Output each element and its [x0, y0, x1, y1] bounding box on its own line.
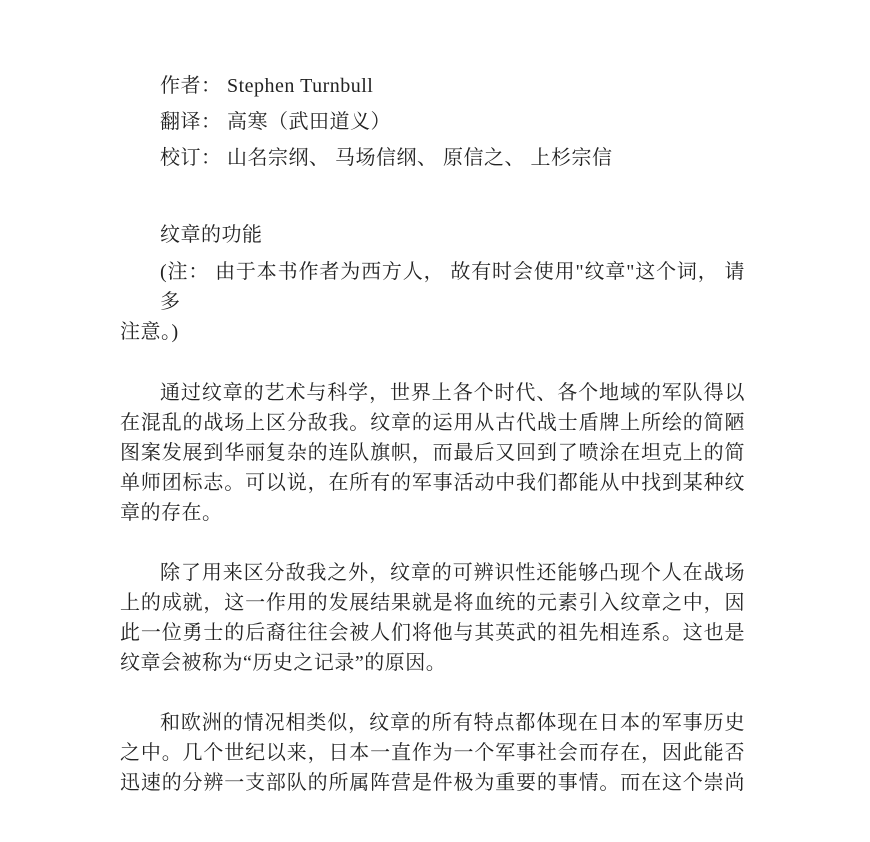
text-line: 迅速的分辨一支部队的所属阵营是件极为重要的事情。而在这个崇尚: [120, 768, 745, 798]
body-paragraph: 除了用来区分敌我之外，纹章的可辨识性还能够凸现个人在战场 上的成就，这一作用的发…: [120, 558, 745, 678]
text-line: 和欧洲的情况相类似，纹章的所有特点都体现在日本的军事历史: [120, 708, 745, 738]
text-line: 除了用来区分敌我之外，纹章的可辨识性还能够凸现个人在战场: [120, 558, 745, 588]
text-line: 章的存在。: [120, 498, 745, 528]
note-line: (注： 由于本书作者为西方人， 故有时会使用"纹章"这个词， 请多: [120, 257, 745, 317]
credits-block: 作者： Stephen Turnbull 翻译： 高寒（武田道义） 校订： 山名…: [120, 71, 745, 173]
text-line: 上的成就，这一作用的发展结果就是将血统的元素引入纹章之中，因: [120, 588, 745, 618]
text-line: 在混乱的战场上区分敌我。纹章的运用从古代战士盾牌上所绘的简陋: [120, 408, 745, 438]
note-line: 注意。): [120, 317, 745, 347]
text-line: 此一位勇士的后裔往往会被人们将他与其英武的祖先相连系。这也是: [120, 618, 745, 648]
credit-translator-line: 翻译： 高寒（武田道义）: [120, 107, 745, 137]
note-paragraph: (注： 由于本书作者为西方人， 故有时会使用"纹章"这个词， 请多 注意。): [120, 257, 745, 347]
body-paragraph: 通过纹章的艺术与科学，世界上各个时代、各个地域的军队得以 在混乱的战场上区分敌我…: [120, 378, 745, 528]
text-line: 纹章会被称为“历史之记录”的原因。: [120, 648, 745, 678]
text-line: 单师团标志。可以说，在所有的军事活动中我们都能从中找到某种纹: [120, 468, 745, 498]
text-column: 作者： Stephen Turnbull 翻译： 高寒（武田道义） 校订： 山名…: [120, 71, 745, 798]
text-line: 之中。几个世纪以来，日本一直作为一个军事社会而存在，因此能否: [120, 738, 745, 768]
section-title: 纹章的功能: [120, 220, 745, 250]
credit-proofreaders-line: 校订： 山名宗纲、 马场信纲、 原信之、 上杉宗信: [120, 143, 745, 173]
credit-author-line: 作者： Stephen Turnbull: [120, 71, 745, 101]
text-line: 图案发展到华丽复杂的连队旗帜，而最后又回到了喷涂在坦克上的简: [120, 438, 745, 468]
document-page: 作者： Stephen Turnbull 翻译： 高寒（武田道义） 校订： 山名…: [0, 0, 870, 842]
body-paragraph: 和欧洲的情况相类似，纹章的所有特点都体现在日本的军事历史 之中。几个世纪以来，日…: [120, 708, 745, 798]
text-line: 通过纹章的艺术与科学，世界上各个时代、各个地域的军队得以: [120, 378, 745, 408]
